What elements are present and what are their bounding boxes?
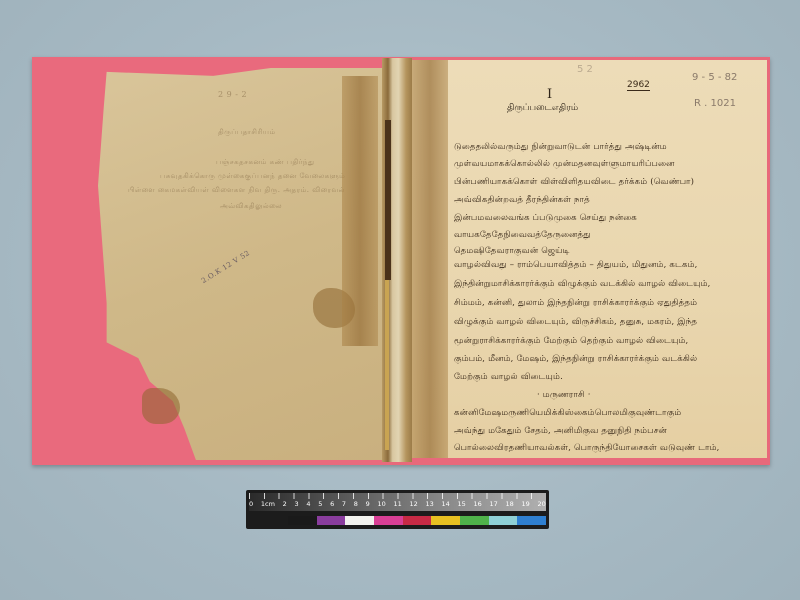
pencil-reference: R . 1021 xyxy=(694,98,736,109)
manuscript-line: முள்வயமாகக்கொல்லில் முன்மதனவுள்ளுமாயரிப்… xyxy=(454,159,675,170)
ruler-label: 5 xyxy=(318,500,322,508)
ruler-label: 9 xyxy=(366,500,370,508)
chapter-marker: I xyxy=(547,87,552,102)
manuscript-line: மூன்றுராசிக்காரர்க்கும் மேற்கும் தெற்கும… xyxy=(454,336,688,347)
left-faint-line: அவ்விகதிலுல்லை xyxy=(220,202,282,211)
section-heading: · மருணராசி · xyxy=(537,390,591,401)
torn-edge-stain xyxy=(142,388,180,424)
ruler-label: 19 xyxy=(522,500,530,508)
ruler-ticks xyxy=(249,493,546,499)
left-page-number: 2 9 - 2 xyxy=(218,90,247,99)
left-faint-line: திருப்பதாசிரியம் xyxy=(218,128,276,137)
manuscript-line: பின்பணியாகக்கொள் விள்விளிதயவிடை தர்க்கம்… xyxy=(454,177,694,188)
ruler-label: 7 xyxy=(342,500,346,508)
ruler-label: 11 xyxy=(394,500,402,508)
ruler-labels: 0 1cm 2 3 4 5 6 7 8 9 10 11 12 13 14 15 … xyxy=(249,500,546,508)
manuscript-line: விழுக்கும் வாழல் விடையும், விருச்சிகம், … xyxy=(454,317,697,328)
manuscript-line: கும்பம், மீனம், மேஷம், இந்தநின்று ராசிக்… xyxy=(454,354,697,365)
color-swatches xyxy=(288,516,546,525)
ruler-label: 10 xyxy=(378,500,386,508)
ruler-label: 16 xyxy=(474,500,482,508)
repair-tape xyxy=(342,76,378,346)
manuscript-line: பொல்லைவிரதணியாவல்கள், பொருந்தியோசைகள் வட… xyxy=(454,443,720,454)
manuscript-line: இன்பமவலைவங்க ப்படுமுகை செய்து நன்கை xyxy=(454,213,637,224)
color-calibration-ruler: 0 1cm 2 3 4 5 6 7 8 9 10 11 12 13 14 15 … xyxy=(246,490,549,529)
ruler-label: 17 xyxy=(490,500,498,508)
page-title: திருப்படைஎதிரம் xyxy=(507,103,578,114)
swatch-purple xyxy=(317,516,346,525)
ruler-label: 2 xyxy=(283,500,287,508)
swatch-green xyxy=(460,516,489,525)
pencil-date: 9 - 5 - 82 xyxy=(692,72,737,83)
ruler-label: 4 xyxy=(306,500,310,508)
manuscript-line: வாழல்விவது – ராம்பெயாவித்தம் – திதுயம், … xyxy=(454,260,698,271)
spine-binding xyxy=(385,120,391,280)
ruler-label: 13 xyxy=(426,500,434,508)
ruler-label: 1cm xyxy=(261,500,275,508)
swatch-magenta xyxy=(374,516,403,525)
ruler-label: 18 xyxy=(506,500,514,508)
right-page: 5 2 2962 9 - 5 - 82 I R . 1021 திருப்படை… xyxy=(412,60,767,458)
ruler-label: 15 xyxy=(458,500,466,508)
swatch-white xyxy=(345,516,374,525)
swatch-blue xyxy=(517,516,546,525)
left-faint-line: பஞ்சகதசகனம் கண் பதிர்ந்து xyxy=(216,158,314,167)
pencil-mark: 5 2 xyxy=(577,64,593,75)
ink-number: 2962 xyxy=(627,80,650,91)
manuscript-line: அவ்விகதின்றவத் தீரந்தின்கள் நாத் xyxy=(454,195,590,206)
manuscript-line: கன்னிமேஷமருணியெமிக்கிஸ்கைம்பொலமிகுவுண்டா… xyxy=(454,408,681,419)
swatch-red xyxy=(403,516,432,525)
manuscript-line: அவ்ந்து மகேதும் சேதம், அனிமிகுவ தனுநிதி … xyxy=(454,426,667,437)
manuscript-line: வாயகதேதேநிவைவத்தேருனைத்து xyxy=(454,230,591,241)
manuscript-line: டுதைதலில்வரும்து நின்றுவாடுடன் பார்த்து … xyxy=(454,142,667,153)
ruler-label: 14 xyxy=(442,500,450,508)
stamp-mark: 2.O.K 12 V 52 xyxy=(200,249,251,285)
manuscript-line: இந்தின்றுமாசிக்காரர்க்கும் விழுக்கும் வட… xyxy=(454,279,711,290)
swatch-yellow xyxy=(431,516,460,525)
swatch-cyan xyxy=(489,516,518,525)
spine-gilt xyxy=(385,280,389,450)
manuscript-line: தெமஷிதேவராகுவன் ஜெய்டி xyxy=(454,246,570,257)
ruler-label: 12 xyxy=(410,500,418,508)
ruler-label: 8 xyxy=(354,500,358,508)
ruler-label: 20 xyxy=(538,500,546,508)
ruler-label: 3 xyxy=(294,500,298,508)
manuscript-line: சிம்மம், கன்னி, துலாம் இந்தநின்று ராசிக்… xyxy=(454,298,697,309)
left-faint-line: பசுவுதகிக்கொரு முள்கைகுப்பனந் தனை வேலைகள… xyxy=(160,172,345,181)
ruler-label: 6 xyxy=(330,500,334,508)
left-faint-line: பிள்ளை கைமகள்வியள் விளைகள நிவ திரு. அதரம… xyxy=(128,186,345,195)
manuscript-line: மேற்கும் வாழல் விடையும். xyxy=(454,372,563,383)
repair-tape xyxy=(412,60,448,458)
ruler-label: 0 xyxy=(249,500,253,508)
swatch-black xyxy=(288,516,317,525)
